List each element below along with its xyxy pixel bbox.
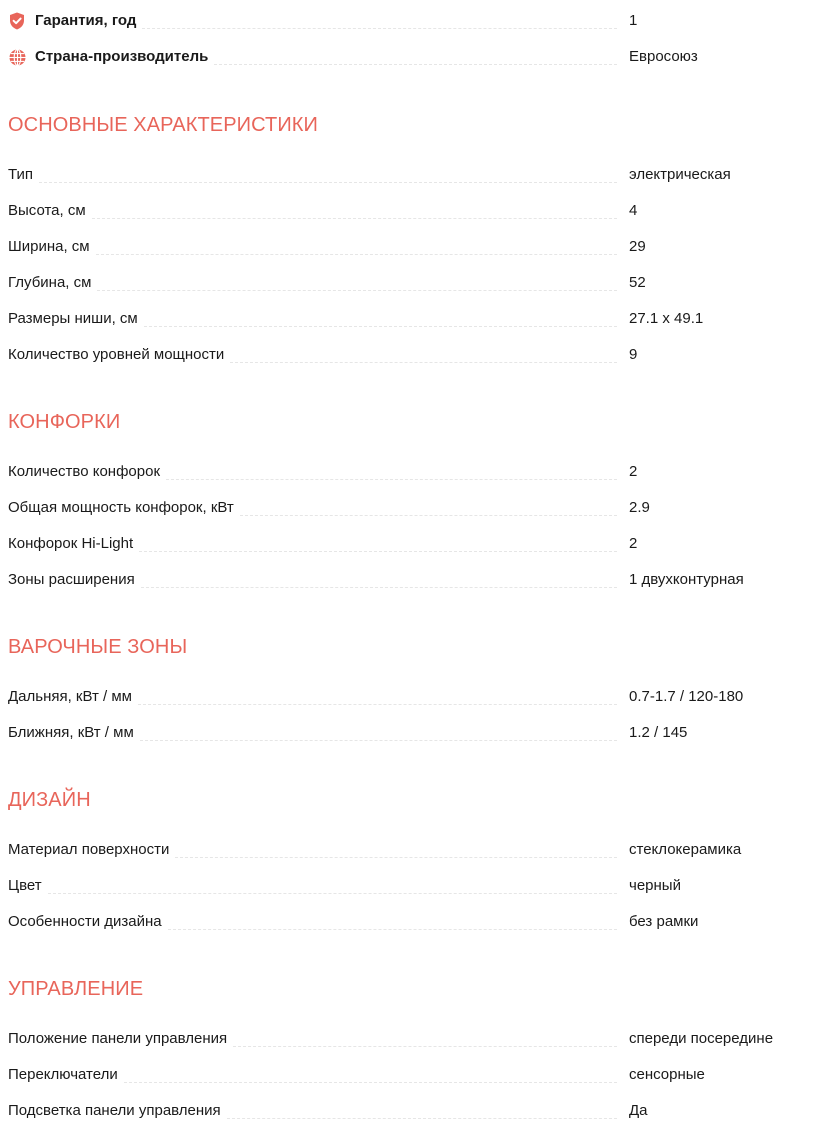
spec-value: 2 bbox=[629, 535, 637, 553]
spec-value: спереди посередине bbox=[629, 1030, 773, 1048]
dotted-leader bbox=[240, 515, 617, 516]
dotted-leader bbox=[230, 362, 617, 363]
spec-value: 0.7-1.7 / 120-180 bbox=[629, 688, 743, 706]
spec-label: Зоны расширения bbox=[8, 571, 135, 589]
dotted-leader bbox=[124, 1082, 617, 1083]
spec-label: Общая мощность конфорок, кВт bbox=[8, 499, 234, 517]
spec-row: Ширина, см29 bbox=[8, 229, 814, 265]
spec-label: Подсветка панели управления bbox=[8, 1102, 221, 1120]
spec-row: Типэлектрическая bbox=[8, 157, 814, 193]
section-main-specs: ОСНОВНЫЕ ХАРАКТЕРИСТИКИ Типэлектрическая… bbox=[8, 113, 814, 373]
spec-row: Глубина, см52 bbox=[8, 265, 814, 301]
spec-value: без рамки bbox=[629, 913, 698, 931]
spec-label: Материал поверхности bbox=[8, 841, 169, 859]
dotted-leader bbox=[48, 893, 617, 894]
spec-row: Размеры ниши, см27.1 x 49.1 bbox=[8, 301, 814, 337]
spec-value: Евросоюз bbox=[629, 48, 698, 66]
spec-value: 52 bbox=[629, 274, 646, 292]
globe-icon bbox=[8, 48, 26, 66]
dotted-leader bbox=[97, 290, 617, 291]
dotted-leader bbox=[142, 28, 617, 29]
spec-label: Страна-производитель bbox=[35, 48, 208, 66]
spec-label: Размеры ниши, см bbox=[8, 310, 138, 328]
spec-value: 4 bbox=[629, 202, 637, 220]
spec-row: Количество конфорок2 bbox=[8, 454, 814, 490]
dotted-leader bbox=[96, 254, 617, 255]
dotted-leader bbox=[92, 218, 617, 219]
spec-row: Высота, см4 bbox=[8, 193, 814, 229]
spec-label: Особенности дизайна bbox=[8, 913, 162, 931]
highlight-specs: Гарантия, год 1 Страна-производитель bbox=[8, 3, 814, 75]
spec-label: Ближняя, кВт / мм bbox=[8, 724, 134, 742]
spec-list: Материал поверхностистеклокерамика Цветч… bbox=[8, 832, 814, 940]
dotted-leader bbox=[168, 929, 617, 930]
spec-row: Цветчерный bbox=[8, 868, 814, 904]
spec-label: Глубина, см bbox=[8, 274, 91, 292]
dotted-leader bbox=[233, 1046, 617, 1047]
spec-row-warranty: Гарантия, год 1 bbox=[8, 3, 814, 39]
spec-label: Тип bbox=[8, 166, 33, 184]
spec-row: Особенности дизайнабез рамки bbox=[8, 904, 814, 940]
dotted-leader bbox=[175, 857, 617, 858]
spec-label: Дальняя, кВт / мм bbox=[8, 688, 132, 706]
spec-label: Цвет bbox=[8, 877, 42, 895]
spec-value: черный bbox=[629, 877, 681, 895]
dotted-leader bbox=[39, 182, 617, 183]
section-title: ВАРОЧНЫЕ ЗОНЫ bbox=[8, 635, 814, 659]
spec-row: Подсветка панели управленияДа bbox=[8, 1093, 814, 1129]
spec-value: 29 bbox=[629, 238, 646, 256]
section-controls: УПРАВЛЕНИЕ Положение панели управлениясп… bbox=[8, 977, 814, 1129]
spec-value: 27.1 x 49.1 bbox=[629, 310, 703, 328]
spec-row: Конфорок Hi-Light2 bbox=[8, 526, 814, 562]
spec-row: Переключателисенсорные bbox=[8, 1057, 814, 1093]
spec-value: электрическая bbox=[629, 166, 731, 184]
spec-label: Переключатели bbox=[8, 1066, 118, 1084]
shield-check-icon bbox=[8, 12, 26, 30]
spec-label: Количество уровней мощности bbox=[8, 346, 224, 364]
spec-list: Дальняя, кВт / мм0.7-1.7 / 120-180 Ближн… bbox=[8, 679, 814, 751]
spec-value: 2.9 bbox=[629, 499, 650, 517]
spec-value: 1.2 / 145 bbox=[629, 724, 687, 742]
section-title: ДИЗАЙН bbox=[8, 788, 814, 812]
spec-row: Общая мощность конфорок, кВт2.9 bbox=[8, 490, 814, 526]
spec-value: стеклокерамика bbox=[629, 841, 741, 859]
spec-row: Материал поверхностистеклокерамика bbox=[8, 832, 814, 868]
spec-value: Да bbox=[629, 1102, 648, 1120]
spec-label: Положение панели управления bbox=[8, 1030, 227, 1048]
spec-row: Зоны расширения1 двухконтурная bbox=[8, 562, 814, 598]
spec-label: Количество конфорок bbox=[8, 463, 160, 481]
spec-row: Количество уровней мощности9 bbox=[8, 337, 814, 373]
spec-list: Типэлектрическая Высота, см4 Ширина, см2… bbox=[8, 157, 814, 373]
spec-label: Высота, см bbox=[8, 202, 86, 220]
section-burners: КОНФОРКИ Количество конфорок2 Общая мощн… bbox=[8, 410, 814, 598]
dotted-leader bbox=[166, 479, 617, 480]
spec-value: сенсорные bbox=[629, 1066, 705, 1084]
section-cooking-zones: ВАРОЧНЫЕ ЗОНЫ Дальняя, кВт / мм0.7-1.7 /… bbox=[8, 635, 814, 751]
spec-list: Количество конфорок2 Общая мощность конф… bbox=[8, 454, 814, 598]
spec-row: Положение панели управленияспереди посер… bbox=[8, 1021, 814, 1057]
spec-value: 2 bbox=[629, 463, 637, 481]
dotted-leader bbox=[227, 1118, 617, 1119]
spec-row-country: Страна-производитель Евросоюз bbox=[8, 39, 814, 75]
spec-label: Гарантия, год bbox=[35, 12, 136, 30]
section-title: ОСНОВНЫЕ ХАРАКТЕРИСТИКИ bbox=[8, 113, 814, 137]
dotted-leader bbox=[141, 587, 617, 588]
section-title: УПРАВЛЕНИЕ bbox=[8, 977, 814, 1001]
spec-label: Конфорок Hi-Light bbox=[8, 535, 133, 553]
dotted-leader bbox=[140, 740, 617, 741]
spec-label: Ширина, см bbox=[8, 238, 90, 256]
spec-value: 1 bbox=[629, 12, 637, 30]
spec-value: 9 bbox=[629, 346, 637, 364]
spec-list: Положение панели управленияспереди посер… bbox=[8, 1021, 814, 1129]
dotted-leader bbox=[139, 551, 617, 552]
section-title: КОНФОРКИ bbox=[8, 410, 814, 434]
section-design: ДИЗАЙН Материал поверхностистеклокерамик… bbox=[8, 788, 814, 940]
dotted-leader bbox=[144, 326, 617, 327]
spec-row: Дальняя, кВт / мм0.7-1.7 / 120-180 bbox=[8, 679, 814, 715]
spec-value: 1 двухконтурная bbox=[629, 571, 744, 589]
dotted-leader bbox=[214, 64, 617, 65]
spec-row: Ближняя, кВт / мм1.2 / 145 bbox=[8, 715, 814, 751]
dotted-leader bbox=[138, 704, 617, 705]
